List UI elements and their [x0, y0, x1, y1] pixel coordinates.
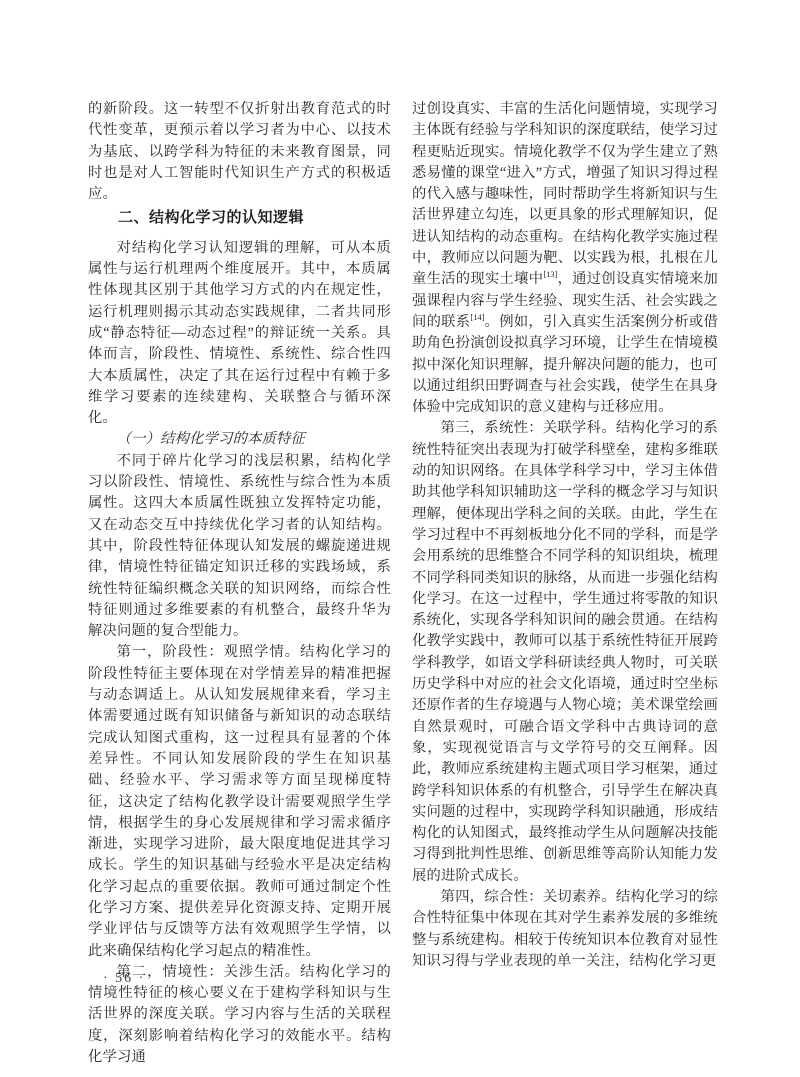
right-column: 过创设真实、丰富的生活化问题情境，实现学习主体既有经验与学科知识的深度联结，使学…	[412, 99, 718, 972]
citation-ref: [13]	[543, 270, 557, 280]
paragraph: 的新阶段。这一转型不仅折射出教育范式的时代性变革，更预示着以学习者为中心、以技术…	[88, 99, 391, 205]
paragraph: 不同于碎片化学习的浅层积累，结构化学习以阶段性、情境性、系统性与综合性为本质属性…	[88, 451, 391, 643]
paragraph: 第一，阶段性：观照学情。结构化学习的阶段性特征主要体现在对学情差异的精准把握与动…	[88, 642, 391, 961]
paragraph: 过创设真实、丰富的生活化问题情境，实现学习主体既有经验与学科知识的深度联结，使学…	[412, 99, 718, 418]
citation-ref: [14]	[470, 312, 484, 322]
paragraph: 第四，综合性：关切素养。结构化学习的综合性特征集中体现在其对学生素养发展的多维统…	[412, 887, 718, 972]
paragraph: 对结构化学习认知逻辑的理解，可从本质属性与运行机理两个维度展开。其中，本质属性体…	[88, 238, 391, 430]
left-column: 的新阶段。这一转型不仅折射出教育范式的时代性变革，更预示着以学习者为中心、以技术…	[88, 99, 391, 1068]
subsection-heading: （一）结构化学习的本质特征	[88, 429, 391, 450]
section-heading: 二、结构化学习的认知逻辑	[88, 207, 391, 228]
page-number: · 56 ·	[103, 971, 145, 987]
journal-page: 的新阶段。这一转型不仅折射出教育范式的时代性变革，更预示着以学习者为中心、以技术…	[0, 0, 800, 1077]
paragraph: 第三，系统性：关联学科。结构化学习的系统性特征突出表现为打破学科壁垒，建构多维联…	[412, 418, 718, 887]
